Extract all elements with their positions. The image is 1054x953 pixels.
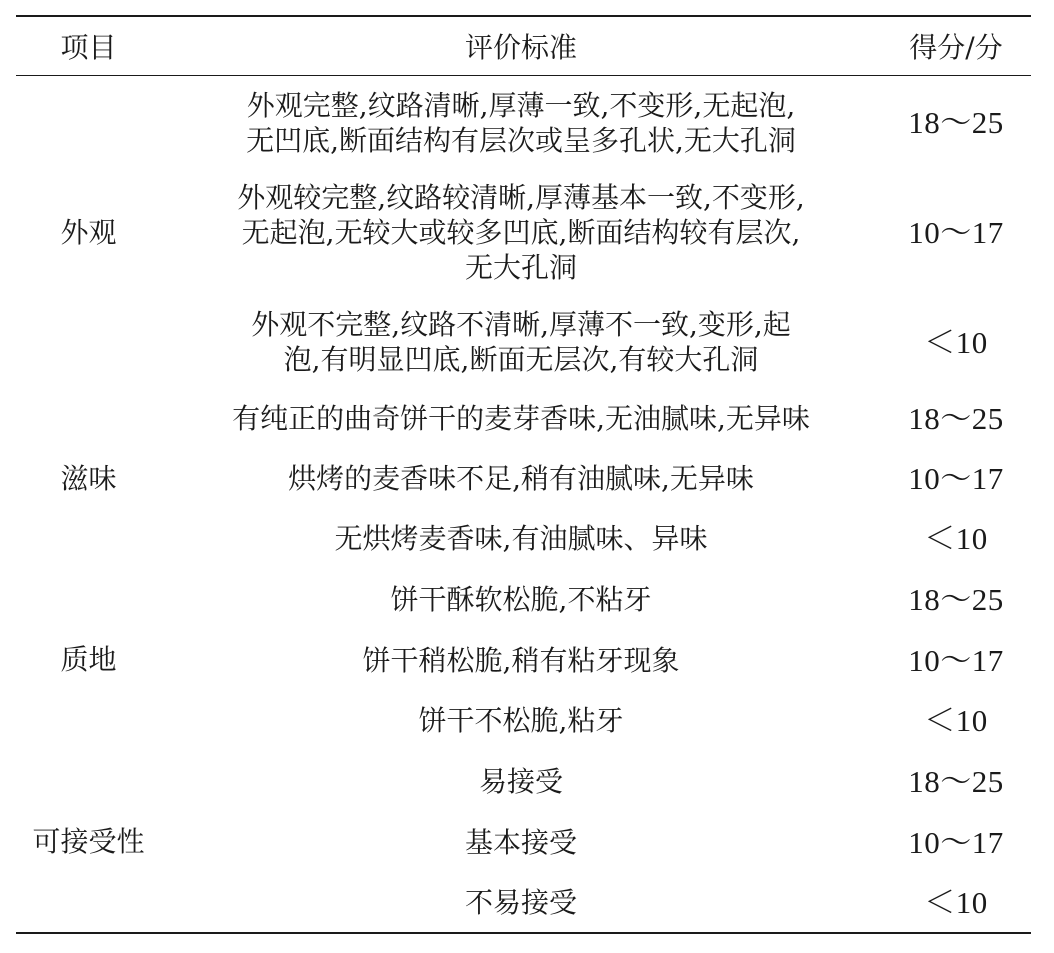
table-row: 滋味有纯正的曲奇饼干的麦芽香味,无油腻味,无异味18～25 (16, 389, 1031, 449)
score-range-cell: ＜10 (881, 873, 1031, 933)
sensory-evaluation-table-container: 项目 评价标准 得分/分 外观外观完整,纹路清晰,厚薄一致,不变形,无起泡,无凹… (16, 15, 1031, 934)
criteria-cell: 烘烤的麦香味不足,稍有油腻味,无异味 (161, 449, 881, 509)
score-range-cell: 18～25 (881, 569, 1031, 631)
criteria-cell: 外观完整,纹路清晰,厚薄一致,不变形,无起泡,无凹底,断面结构有层次或呈多孔状,… (161, 76, 881, 170)
table-row: 无烘烤麦香味,有油腻味、异味＜10 (16, 509, 1031, 569)
criteria-cell: 饼干不松脆,粘牙 (161, 691, 881, 751)
table-header: 项目 评价标准 得分/分 (16, 16, 1031, 76)
table-row: 基本接受10～17 (16, 813, 1031, 873)
table-row: 质地饼干酥软松脆,不粘牙18～25 (16, 569, 1031, 631)
table-body: 外观外观完整,纹路清晰,厚薄一致,不变形,无起泡,无凹底,断面结构有层次或呈多孔… (16, 76, 1031, 933)
criteria-cell: 易接受 (161, 751, 881, 813)
header-item: 项目 (16, 16, 161, 76)
score-range-cell: 10～17 (881, 170, 1031, 296)
item-category-cell: 可接受性 (16, 751, 161, 933)
table-row: 烘烤的麦香味不足,稍有油腻味,无异味10～17 (16, 449, 1031, 509)
score-range-cell: ＜10 (881, 691, 1031, 751)
criteria-cell: 有纯正的曲奇饼干的麦芽香味,无油腻味,无异味 (161, 389, 881, 449)
table-row: 外观较完整,纹路较清晰,厚薄基本一致,不变形,无起泡,无较大或较多凹底,断面结构… (16, 170, 1031, 296)
sensory-evaluation-table: 项目 评价标准 得分/分 外观外观完整,纹路清晰,厚薄一致,不变形,无起泡,无凹… (16, 15, 1031, 934)
header-criteria: 评价标准 (161, 16, 881, 76)
criteria-cell: 外观较完整,纹路较清晰,厚薄基本一致,不变形,无起泡,无较大或较多凹底,断面结构… (161, 170, 881, 296)
score-range-cell: ＜10 (881, 509, 1031, 569)
criteria-cell: 不易接受 (161, 873, 881, 933)
header-row: 项目 评价标准 得分/分 (16, 16, 1031, 76)
table-row: 饼干稍松脆,稍有粘牙现象10～17 (16, 631, 1031, 691)
score-range-cell: 10～17 (881, 631, 1031, 691)
table-row: 外观外观完整,纹路清晰,厚薄一致,不变形,无起泡,无凹底,断面结构有层次或呈多孔… (16, 76, 1031, 170)
score-range-cell: 18～25 (881, 389, 1031, 449)
criteria-cell: 基本接受 (161, 813, 881, 873)
criteria-cell: 饼干稍松脆,稍有粘牙现象 (161, 631, 881, 691)
criteria-cell: 外观不完整,纹路不清晰,厚薄不一致,变形,起泡,有明显凹底,断面无层次,有较大孔… (161, 296, 881, 389)
score-range-cell: 18～25 (881, 751, 1031, 813)
header-score: 得分/分 (881, 16, 1031, 76)
item-category-cell: 外观 (16, 76, 161, 389)
table-row: 外观不完整,纹路不清晰,厚薄不一致,变形,起泡,有明显凹底,断面无层次,有较大孔… (16, 296, 1031, 389)
table-row: 可接受性易接受18～25 (16, 751, 1031, 813)
table-row: 不易接受＜10 (16, 873, 1031, 933)
criteria-cell: 饼干酥软松脆,不粘牙 (161, 569, 881, 631)
score-range-cell: ＜10 (881, 296, 1031, 389)
item-category-cell: 滋味 (16, 389, 161, 569)
score-range-cell: 18～25 (881, 76, 1031, 170)
table-row: 饼干不松脆,粘牙＜10 (16, 691, 1031, 751)
score-range-cell: 10～17 (881, 813, 1031, 873)
criteria-cell: 无烘烤麦香味,有油腻味、异味 (161, 509, 881, 569)
score-range-cell: 10～17 (881, 449, 1031, 509)
item-category-cell: 质地 (16, 569, 161, 751)
